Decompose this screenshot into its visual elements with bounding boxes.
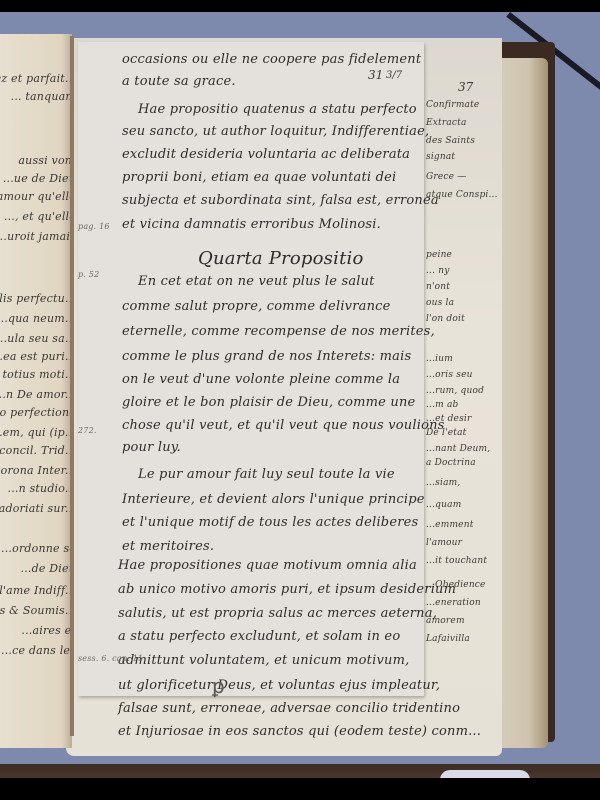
- paraph-flourish: ꝑ: [212, 674, 225, 698]
- left-page-line: ...n De amor...: [0, 388, 72, 401]
- left-page-line: ...de Dieu: [21, 562, 72, 575]
- section-heading: Quarta Propositio: [198, 248, 364, 269]
- underlying-page-line: Lafaivilla: [426, 634, 470, 644]
- left-page-line: ...ula seu sa...: [0, 332, 72, 345]
- underlying-page-line: Confirmate: [426, 100, 479, 110]
- cloth: [440, 770, 530, 778]
- page-edges: [500, 58, 548, 748]
- manuscript-line: admittunt voluntatem, et unicum motivum,: [118, 653, 409, 668]
- inserted-manuscript-sheet: 31 3/7 occasions ou elle ne coopere pas …: [78, 42, 424, 696]
- book-gutter: [70, 36, 74, 736]
- left-page-line: ...ordonne se: [1, 542, 72, 555]
- left-page-line: ... tanquam: [11, 90, 72, 103]
- manuscript-line: et vicina damnatis erroribus Molinosi.: [122, 217, 381, 232]
- manuscript-line: seu sancto, ut author loquitur, Indiffer…: [122, 124, 429, 139]
- underlying-page-line: l'on doit: [426, 314, 465, 324]
- manuscript-line: Hae propositiones quae motivum omnia ali…: [118, 558, 417, 573]
- underlying-page-line: ...quam: [426, 500, 461, 510]
- underlying-page-line: a Doctrina: [426, 458, 476, 468]
- margin-note: pag. 16: [78, 222, 110, 231]
- underlying-page-line: ...rum, quod: [426, 386, 484, 396]
- underlying-page-line: Extracta: [426, 118, 467, 128]
- left-page-line: ...l'ame Indiff...: [0, 584, 72, 597]
- left-page-line: ...uroit jamais: [0, 230, 72, 243]
- manuscript-line: Hae propositio quatenus a statu perfecto: [138, 102, 417, 117]
- left-page: ...ez et parfait...... tanquamaussi von-…: [0, 34, 72, 748]
- manuscript-line: ut glorificetur Deus, et voluntas ejus i…: [118, 678, 440, 693]
- manuscript-line: comme salut propre, comme delivrance: [122, 299, 391, 314]
- manuscript-line: et meritoires.: [122, 539, 214, 554]
- margin-note: 272.: [78, 426, 97, 435]
- left-page-line: ...adoriati sur...: [0, 502, 72, 515]
- manuscript-line: En cet etat on ne veut plus le salut: [138, 274, 375, 289]
- left-page-line: ...s & Soumis...: [0, 604, 72, 617]
- underlying-page-line: ...nant Deum,: [426, 444, 490, 454]
- margin-note: sess. 6. cap. 11.: [78, 654, 146, 663]
- manuscript-photo: ...ez et parfait...... tanquamaussi von-…: [0, 12, 600, 778]
- manuscript-line: eternelle, comme recompense de nos merit…: [122, 324, 435, 339]
- manuscript-line: comme le plus grand de nos Interets: mai…: [122, 349, 411, 364]
- underlying-page-line: n'ont: [426, 282, 450, 292]
- left-page-line: ...ce dans les: [1, 644, 72, 657]
- manuscript-line: ab unico motivo amoris puri, et ipsum de…: [118, 582, 456, 597]
- underlying-page-line: ...siam,: [426, 478, 460, 488]
- folio-number: 31: [368, 68, 383, 82]
- left-page-line: ...aires et: [21, 624, 72, 637]
- manuscript-line: a toute sa grace.: [122, 74, 236, 89]
- manuscript-line: on le veut d'une volonte pleine comme la: [122, 372, 400, 387]
- underlying-page-line: des Saints: [426, 136, 475, 146]
- manuscript-line: a statu perfecto excludunt, et solam in …: [118, 629, 400, 644]
- underlying-page-line: ous la: [426, 298, 454, 308]
- left-page-line: ...n totius moti...: [0, 368, 72, 381]
- underlying-page-line: ...emment: [426, 520, 474, 530]
- underlying-page-line: ... ny: [426, 266, 450, 276]
- manuscript-line: pour luy.: [122, 440, 181, 455]
- underlying-page-line: ...oris seu: [426, 370, 473, 380]
- left-page-line: ...ez et parfait...: [0, 72, 72, 85]
- manuscript-line: Le pur amour fait luy seul toute la vie: [138, 467, 395, 482]
- left-page-line: ...ea est puri...: [0, 350, 72, 363]
- underlying-page-line: signat: [426, 152, 455, 162]
- left-page-line: ...amour qu'elle: [0, 190, 72, 203]
- manuscript-line: proprii boni, etiam ea quae voluntati de…: [122, 170, 396, 185]
- underlying-page-line: ...ium: [426, 354, 453, 364]
- manuscript-line: et l'unique motif de tous les actes deli…: [122, 515, 418, 530]
- left-page-line: ...ue de Dieu: [3, 172, 72, 185]
- left-page-line: ...qua neum...: [0, 312, 72, 325]
- left-page-line: ...corona Inter...: [0, 464, 72, 477]
- underlying-page-line: ...it touchant: [426, 556, 487, 566]
- underlying-page-line: peine: [426, 250, 452, 260]
- manuscript-line: occasions ou elle ne coopere pas fidelem…: [122, 52, 421, 67]
- underlying-page-line: ...m ab: [426, 400, 459, 410]
- underlying-folio-number: 37: [458, 82, 473, 94]
- manuscript-line: et Injuriosae in eos sanctos qui (eodem …: [118, 724, 481, 739]
- manuscript-line: salutis, ut est propria salus ac merces …: [118, 606, 437, 621]
- left-page-line: ... concil. Trid...: [0, 444, 72, 457]
- manuscript-line: Interieure, et devient alors l'unique pr…: [122, 492, 425, 507]
- left-page-line: ..., et qu'elle: [4, 210, 72, 223]
- left-page-line: ...o perfectione: [0, 406, 72, 419]
- manuscript-line: chose qu'il veut, et qu'il veut que nous…: [122, 418, 445, 433]
- folio-number-alt: 3/7: [386, 70, 402, 81]
- margin-note: p. 52: [78, 270, 99, 279]
- manuscript-line: subjecta et subordinata sint, falsa est,…: [122, 193, 439, 208]
- manuscript-line: falsae sunt, erroneae, adversae concilio…: [118, 701, 460, 716]
- left-page-line: ...n studio...: [8, 482, 73, 495]
- left-page-line: ...delis perfectu...: [0, 292, 72, 305]
- left-page-line: aussi von-: [18, 154, 72, 167]
- underlying-page-line: Grece —: [426, 172, 466, 182]
- left-page-line: ...em, qui (ip...: [0, 426, 72, 439]
- underlying-page-line: l'amour: [426, 538, 462, 548]
- manuscript-line: gloire et le bon plaisir de Dieu, comme …: [122, 395, 415, 410]
- manuscript-line: excludit desideria voluntaria ac deliber…: [122, 147, 410, 162]
